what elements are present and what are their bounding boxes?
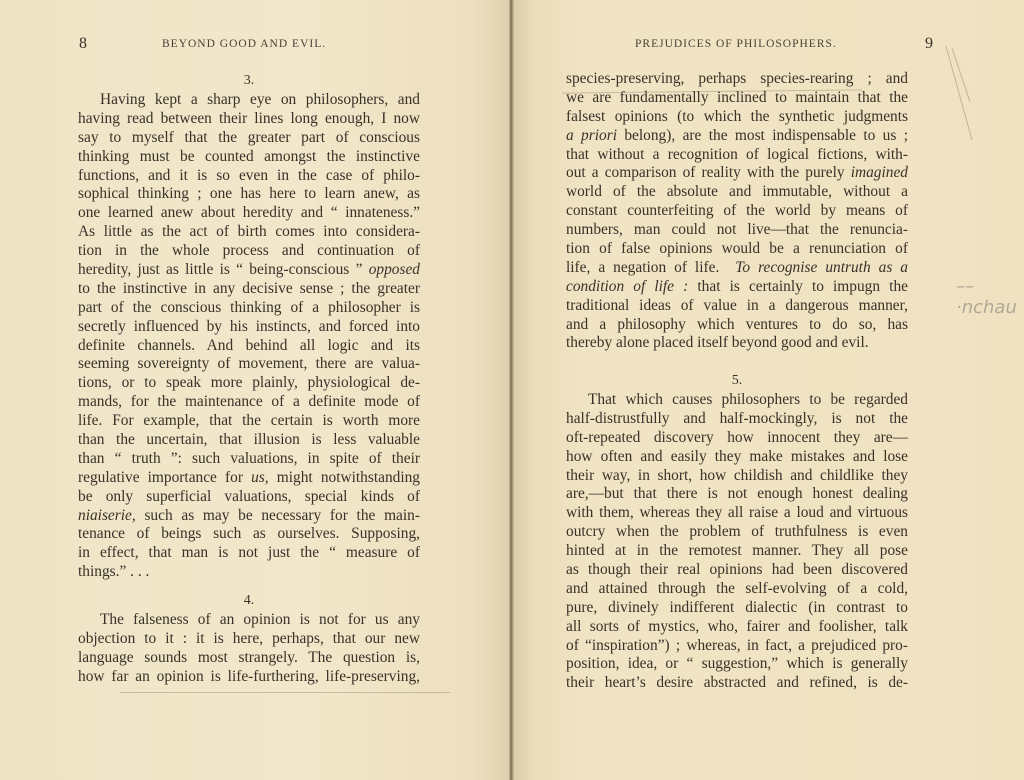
text-line: their way, in short, how childish and ch…	[566, 467, 908, 486]
text-fragment: belong), are the most indispensable to u…	[624, 127, 908, 144]
running-head: PREJUDICES OF PHILOSOPHERS.	[635, 38, 837, 50]
text-line: thinking must be counted amongst the ins…	[78, 148, 420, 167]
text-line: traditional ideas of value in a dangerou…	[566, 297, 908, 316]
text-line: The falseness of an opinion is not for u…	[78, 611, 420, 630]
text-line: language sounds most strangely. The ques…	[78, 649, 420, 668]
text-line: a priori belong), are the most indispens…	[566, 127, 908, 146]
text-line: and attained through the self-evolving o…	[566, 580, 908, 599]
italic-emphasis: a priori	[566, 127, 617, 144]
text-line: life, a negation of life. To recognise u…	[566, 259, 908, 278]
text-line: than the uncertain, that illusion is les…	[78, 431, 420, 450]
text-line: part of the conscious thinking of a phil…	[78, 299, 420, 318]
text-line: niaiserie, such as may be necessary for …	[78, 507, 420, 526]
text-line: thereby alone placed itself beyond good …	[566, 334, 908, 353]
section-5: 5. That which causes philosophers to be …	[566, 370, 908, 693]
text-line: objection to it : it is here, perhaps, t…	[78, 630, 420, 649]
right-page: PREJUDICES OF PHILOSOPHERS. 9 species-pr…	[512, 0, 1024, 780]
text-line: half-distrustfully and half-mockingly, i…	[566, 410, 908, 429]
text-line: to the instinctive in any decisive sense…	[78, 280, 420, 299]
italic-emphasis: niaiserie,	[78, 507, 136, 524]
text-line: pure, divinely indifferent dialectic (in…	[566, 599, 908, 618]
text-line: seeming sovereignty of movement, there a…	[78, 355, 420, 374]
text-line: As little as the act of birth comes into…	[78, 223, 420, 242]
text-line: their heart’s desire abstracted and refi…	[566, 674, 908, 693]
pencil-mark-icon	[942, 40, 982, 160]
text-fragment: out a comparison of reality with the pur…	[566, 164, 845, 181]
left-page: 8 BEYOND GOOD AND EVIL. 3. Having kept a…	[0, 0, 512, 780]
text-line: secretly influenced by his instincts, an…	[78, 318, 420, 337]
italic-emphasis: imagined	[851, 164, 908, 181]
text-line: and a philosophy which ventures to do so…	[566, 316, 908, 335]
text-line: definite channels. And behind all logic …	[78, 337, 420, 356]
italic-emphasis: To recognise untruth as a	[735, 259, 908, 276]
italic-emphasis: opposed	[369, 261, 420, 278]
text-fragment: heredity, just as little is “ being-cons…	[78, 261, 362, 278]
text-line: say to myself that the greater part of c…	[78, 129, 420, 148]
text-line: how often and easily they make mistakes …	[566, 448, 908, 467]
text-fragment: such as may be necessary for the main-	[144, 507, 420, 524]
text-line: functions, and it is so even in the case…	[78, 167, 420, 186]
page-crease	[120, 692, 450, 693]
text-line: things.” . . .	[78, 563, 420, 582]
text-line: that without a recognition of logical fi…	[566, 146, 908, 165]
page-number: 9	[925, 35, 933, 53]
text-line: species-preserving, perhaps species-rear…	[566, 70, 908, 89]
section-number: 5.	[566, 370, 908, 391]
text-line: condition of life : that is certainly to…	[566, 278, 908, 297]
text-line: Having kept a sharp eye on philosophers,…	[78, 91, 420, 110]
text-line: one learned anew about heredity and “ in…	[78, 204, 420, 223]
text-fragment: that is certainly to impugn the	[697, 278, 908, 295]
text-line: oft-repeated discovery how innocent they…	[566, 429, 908, 448]
text-fragment: regulative importance for	[78, 469, 243, 486]
text-line: tions, or to speak more plainly, physiol…	[78, 374, 420, 393]
text-line: tenance of beings such as ourselves. Sup…	[78, 525, 420, 544]
book-spread: 8 BEYOND GOOD AND EVIL. 3. Having kept a…	[0, 0, 1024, 780]
text-line: than “ truth ”: such valuations, in spit…	[78, 450, 420, 469]
page-number: 8	[79, 35, 87, 53]
section-number: 4.	[78, 590, 420, 611]
text-line: having read between their lines long eno…	[78, 110, 420, 129]
text-fragment: life, a negation of life.	[566, 259, 719, 276]
text-line: regulative importance for us, might notw…	[78, 469, 420, 488]
text-line: of “inspiration”) ; whereas, in fact, a …	[566, 637, 908, 656]
text-line: in effect, that man is not just the “ me…	[78, 544, 420, 563]
text-line: falsest opinions (to which the synthetic…	[566, 108, 908, 127]
book-gutter	[509, 0, 514, 780]
text-line: tion in the whole process and continuati…	[78, 242, 420, 261]
text-line: position, idea, or “ suggestion,” which …	[566, 655, 908, 674]
text-line: all sorts of mystics, who, fairer and fo…	[566, 618, 908, 637]
text-line: constant counterfeiting of the world by …	[566, 202, 908, 221]
section-4-continued: species-preserving, perhaps species-rear…	[566, 70, 908, 353]
running-head: BEYOND GOOD AND EVIL.	[162, 38, 326, 50]
text-line: world of the absolute and immutable, wit…	[566, 183, 908, 202]
text-line: how far an opinion is life-furthering, l…	[78, 668, 420, 687]
text-line: life. For example, that the certain is w…	[78, 412, 420, 431]
text-line: mands, for the maintenance of a definite…	[78, 393, 420, 412]
text-line: outcry when the problem of truthfulness …	[566, 523, 908, 542]
text-line: out a comparison of reality with the pur…	[566, 164, 908, 183]
text-line: sophical thinking ; one has here to lear…	[78, 185, 420, 204]
text-line: tion of false opinions would be a renunc…	[566, 240, 908, 259]
italic-emphasis: condition of life :	[566, 278, 688, 295]
text-fragment: might notwithstanding	[269, 469, 420, 486]
text-line: be only superficial valuations, special …	[78, 488, 420, 507]
text-line: as though their real opinions had been d…	[566, 561, 908, 580]
text-line: numbers, man could not live—that the ren…	[566, 221, 908, 240]
section-number: 3.	[78, 70, 420, 91]
section-3: 3. Having kept a sharp eye on philosophe…	[78, 70, 420, 582]
text-line: That which causes philosophers to be reg…	[566, 391, 908, 410]
text-line: are,—but that there is not enough honest…	[566, 485, 908, 504]
text-line: heredity, just as little is “ being-cons…	[78, 261, 420, 280]
text-line: hinted at in the remotest manner. They a…	[566, 542, 908, 561]
section-4: 4. The falseness of an opinion is not fo…	[78, 590, 420, 687]
italic-emphasis: us,	[251, 469, 269, 486]
text-line: with them, whereas they all raise a loud…	[566, 504, 908, 523]
margin-pencil-note: ––·nchau	[956, 276, 1024, 318]
